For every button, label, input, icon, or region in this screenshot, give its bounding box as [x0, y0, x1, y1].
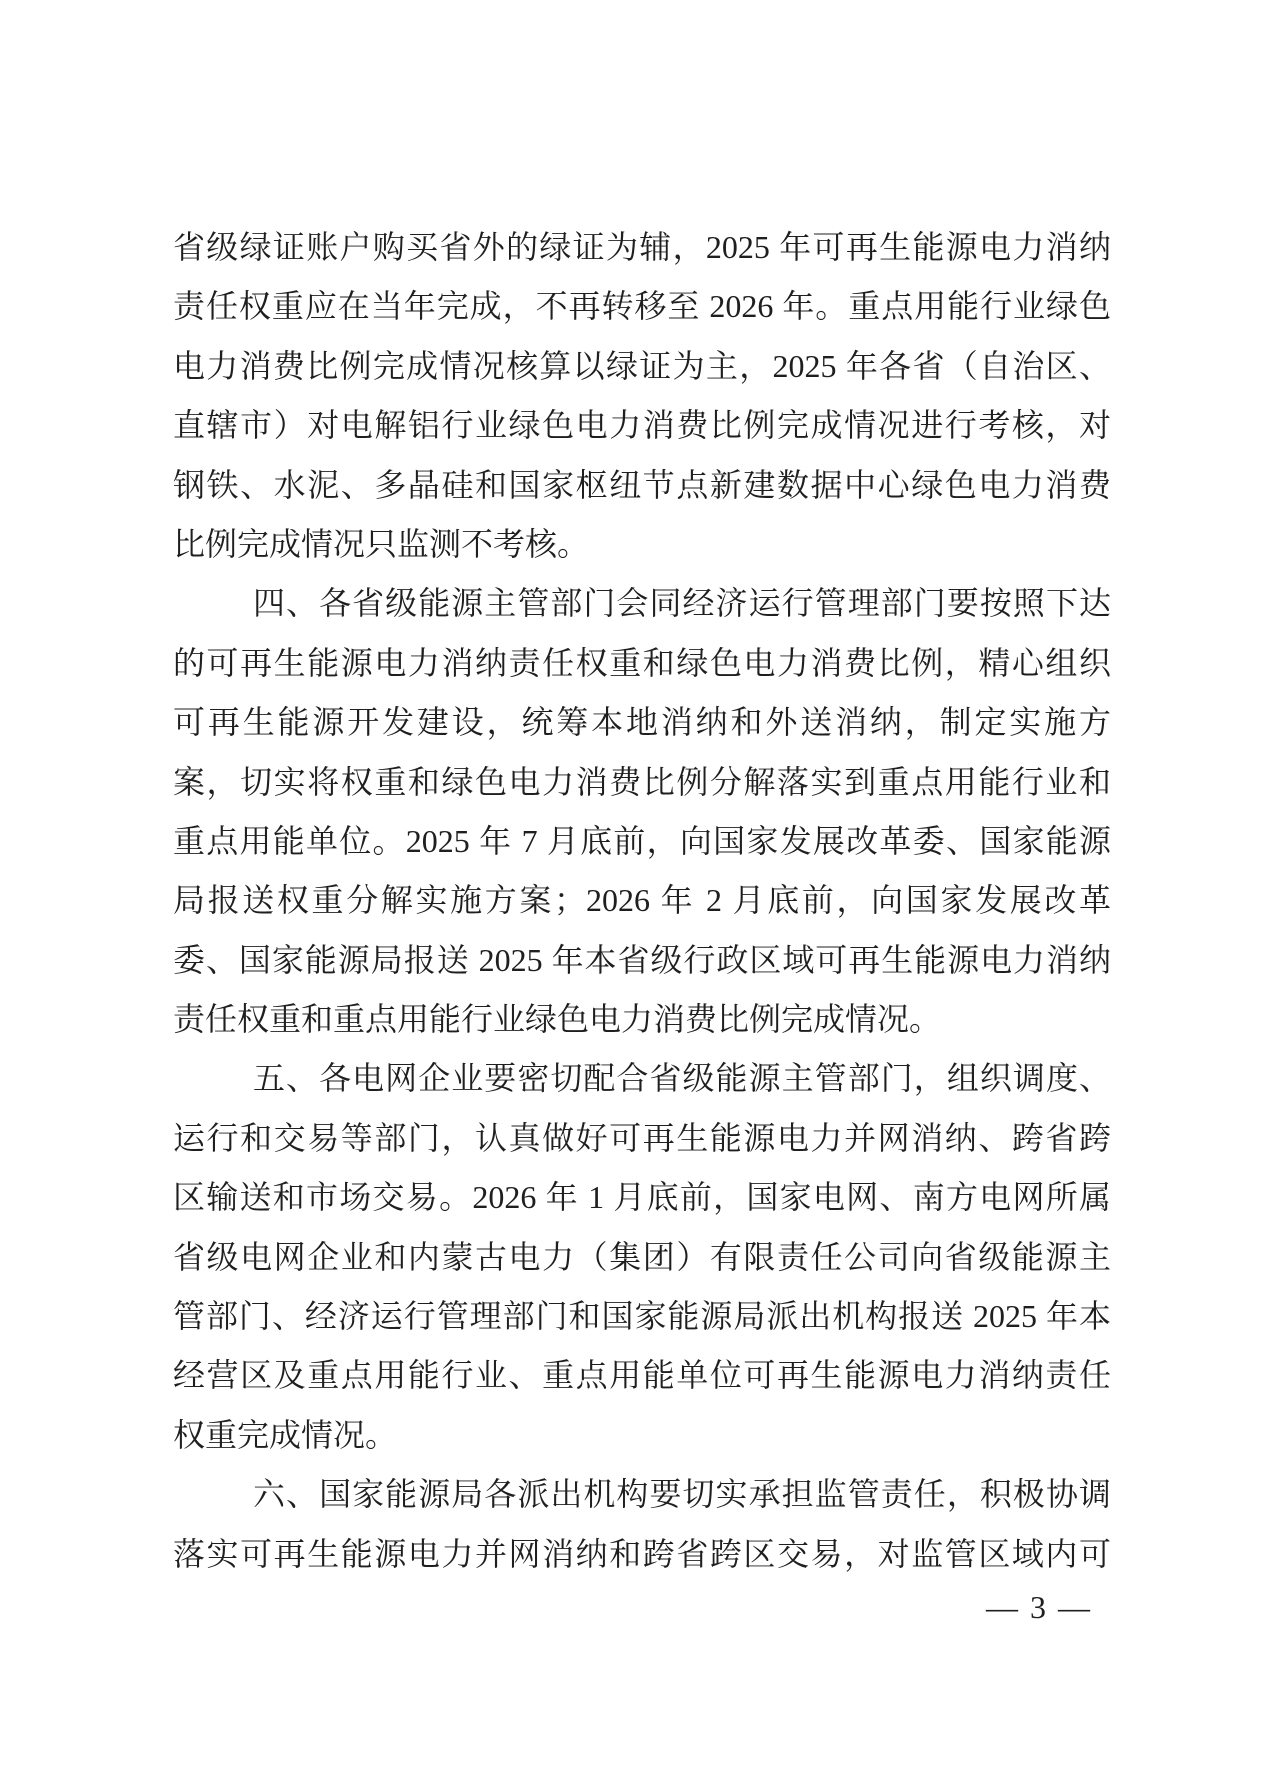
text-line: 权重完成情况。 [173, 1406, 1111, 1465]
text-line: 责任权重和重点用能行业绿色电力消费比例完成情况。 [173, 990, 1111, 1049]
document-page: 省级绿证账户购买省外的绿证为辅，2025 年可再生能源电力消纳责任权重应在当年完… [0, 0, 1280, 1778]
text-line: 局报送权重分解实施方案；2026 年 2 月底前，向国家发展改革 [173, 871, 1111, 930]
text-line: 的可再生能源电力消纳责任权重和绿色电力消费比例，精心组织 [173, 634, 1111, 693]
text-line: 电力消费比例完成情况核算以绿证为主，2025 年各省（自治区、 [173, 337, 1111, 396]
text-line: 经营区及重点用能行业、重点用能单位可再生能源电力消纳责任 [173, 1346, 1111, 1405]
text-line: 管部门、经济运行管理部门和国家能源局派出机构报送 2025 年本 [173, 1287, 1111, 1346]
text-line: 钢铁、水泥、多晶硅和国家枢纽节点新建数据中心绿色电力消费 [173, 456, 1111, 515]
text-line: 省级绿证账户购买省外的绿证为辅，2025 年可再生能源电力消纳 [173, 218, 1111, 277]
text-line: 省级电网企业和内蒙古电力（集团）有限责任公司向省级能源主 [173, 1228, 1111, 1287]
text-line: 可再生能源开发建设，统筹本地消纳和外送消纳，制定实施方 [173, 693, 1111, 752]
text-line: 案，切实将权重和绿色电力消费比例分解落实到重点用能行业和 [173, 753, 1111, 812]
text-line: 直辖市）对电解铝行业绿色电力消费比例完成情况进行考核，对 [173, 396, 1111, 455]
page-number: — 3 — [986, 1586, 1092, 1628]
document-lines: 省级绿证账户购买省外的绿证为辅，2025 年可再生能源电力消纳责任权重应在当年完… [173, 218, 1111, 1584]
text-line: 落实可再生能源电力并网消纳和跨省跨区交易，对监管区域内可 [173, 1525, 1111, 1584]
text-line: 责任权重应在当年完成，不再转移至 2026 年。重点用能行业绿色 [173, 277, 1111, 336]
text-line: 五、各电网企业要密切配合省级能源主管部门，组织调度、 [173, 1049, 1111, 1108]
text-line: 六、国家能源局各派出机构要切实承担监管责任，积极协调 [173, 1465, 1111, 1524]
text-line: 重点用能单位。2025 年 7 月底前，向国家发展改革委、国家能源 [173, 812, 1111, 871]
text-line: 委、国家能源局报送 2025 年本省级行政区域可再生能源电力消纳 [173, 931, 1111, 990]
text-line: 比例完成情况只监测不考核。 [173, 515, 1111, 574]
text-line: 区输送和市场交易。2026 年 1 月底前，国家电网、南方电网所属 [173, 1168, 1111, 1227]
text-line: 运行和交易等部门，认真做好可再生能源电力并网消纳、跨省跨 [173, 1109, 1111, 1168]
text-line: 四、各省级能源主管部门会同经济运行管理部门要按照下达 [173, 574, 1111, 633]
